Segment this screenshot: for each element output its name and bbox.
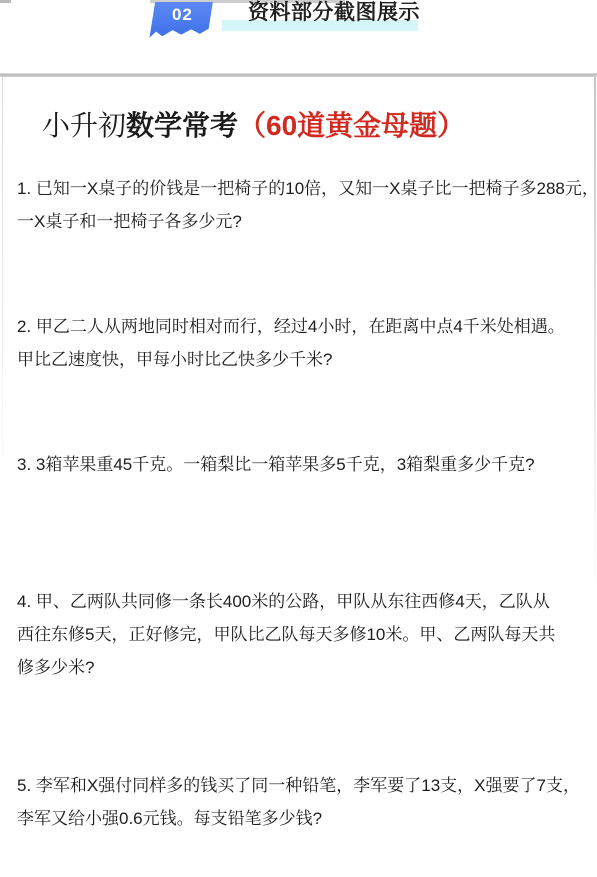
- question-3: 3. 3箱苹果重45千克。一箱梨比一箱苹果多5千克，3箱梨重多少千克?: [17, 448, 583, 481]
- question-line: 3. 3箱苹果重45千克。一箱梨比一箱苹果多5千克，3箱梨重多少千克?: [17, 448, 583, 481]
- question-line: 5. 李军和X强付同样多的钱买了同一种铅笔，李军要了13支，X强要了7支，: [17, 769, 583, 802]
- page-left-border: [2, 77, 3, 507]
- question-line: 1. 已知一X桌子的价钱是一把椅子的10倍，又知一X桌子比一把椅子多288元，: [17, 172, 583, 205]
- section-badge-ribbon-icon: 02: [149, 2, 213, 40]
- question-2: 2. 甲乙二人从两地同时相对而行，经过4小时，在距离中点4千米处相遇。甲比乙速度…: [17, 310, 583, 376]
- question-5: 5. 李军和X强付同样多的钱买了同一种铅笔，李军要了13支，X强要了7支，李军又…: [17, 769, 583, 835]
- page-top-divider: [0, 73, 597, 77]
- section-title-wrap: 资料部分截图展示: [222, 0, 482, 40]
- question-line: 甲比乙速度快，甲每小时比乙快多少千米?: [17, 343, 583, 376]
- worksheet-title-prefix: 小升初: [42, 110, 126, 141]
- question-4: 4. 甲、乙两队共同修一条长400米的公路，甲队从东往西修4天，乙队从西往东修5…: [17, 585, 583, 684]
- page-right-border: [594, 77, 596, 597]
- worksheet-title-highlight: （60道黄金母题）: [238, 110, 465, 141]
- section-badge-number: 02: [171, 5, 192, 25]
- question-line: 4. 甲、乙两队共同修一条长400米的公路，甲队从东往西修4天，乙队从: [17, 585, 583, 618]
- question-line: 修多少米?: [17, 651, 583, 684]
- worksheet-title: 小升初数学常考（60道黄金母题）: [42, 108, 465, 144]
- question-line: 一X桌子和一把椅子各多少元?: [17, 205, 583, 238]
- question-line: 西往东修5天，正好修完，甲队比乙队每天多修10米。甲、乙两队每天共: [17, 618, 583, 651]
- section-title: 资料部分截图展示: [248, 0, 420, 26]
- question-1: 1. 已知一X桌子的价钱是一把椅子的10倍，又知一X桌子比一把椅子多288元，一…: [17, 172, 583, 238]
- section-header: 02 资料部分截图展示: [0, 0, 597, 72]
- question-line: 2. 甲乙二人从两地同时相对而行，经过4小时，在距离中点4千米处相遇。: [17, 310, 583, 343]
- question-line: 李军又给小强0.6元钱。每支铅笔多少钱?: [17, 802, 583, 835]
- document-page: 02 资料部分截图展示 小升初数学常考（60道黄金母题） 1. 已知一X桌子的价…: [0, 0, 597, 877]
- worksheet-title-subject: 数学常考: [126, 110, 238, 141]
